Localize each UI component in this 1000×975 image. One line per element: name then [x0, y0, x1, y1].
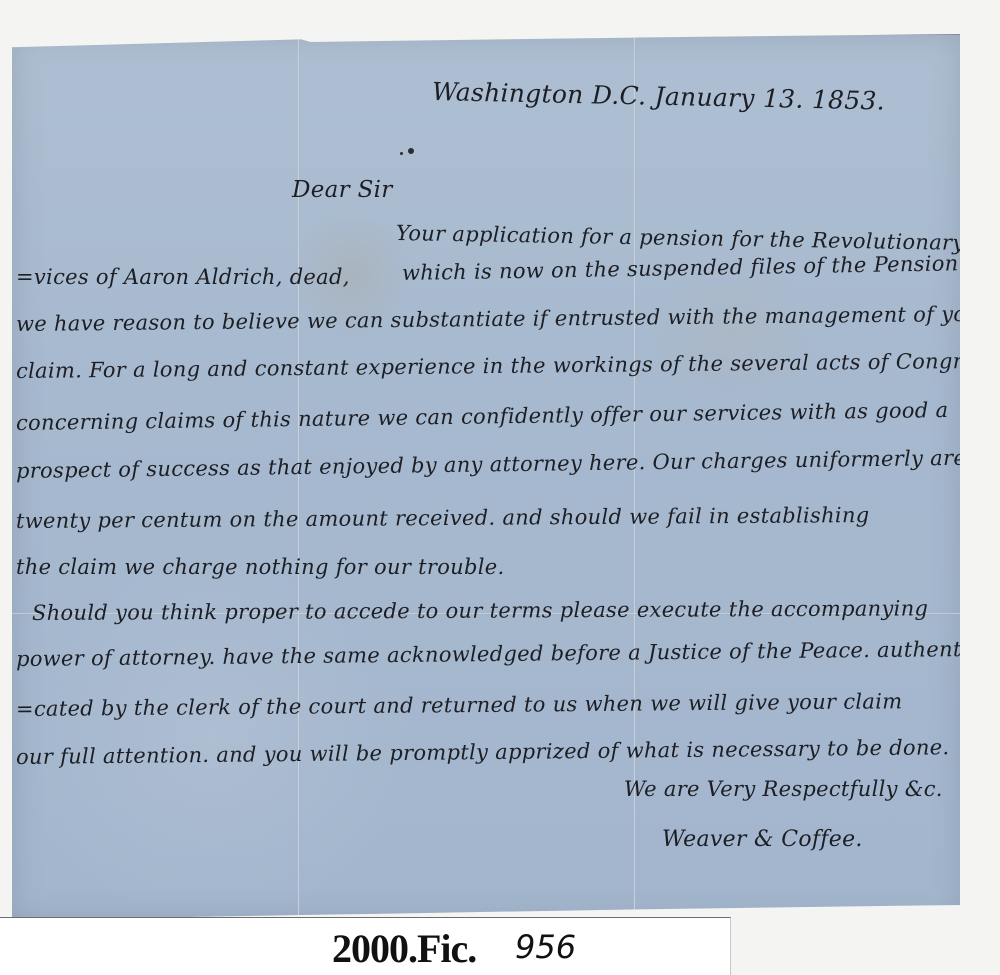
letter-line-2b: which is now on the suspended files of t… — [402, 250, 1000, 285]
letter-line-10: power of attorney. have the same acknowl… — [16, 637, 987, 671]
letter-line-4: claim. For a long and constant experienc… — [16, 349, 998, 383]
ink-blot — [408, 148, 414, 154]
dateline: Washington D.C. January 13. 1853. — [432, 77, 886, 115]
letter-line-5: concerning claims of this nature we can … — [16, 398, 949, 435]
salutation: Dear Sir — [292, 177, 393, 203]
letter-paper: Washington D.C. January 13. 1853. Dear S… — [12, 34, 960, 920]
letter-line-3: we have reason to believe we can substan… — [16, 302, 991, 336]
catalog-number-printed: 2000.Fic. — [332, 925, 476, 972]
letter-line-6: prospect of success as that enjoyed by a… — [16, 446, 966, 483]
letter-line-2a: =vices of Aaron Aldrich, dead, — [16, 265, 350, 289]
letter-line-1: Your application for a pension for the R… — [396, 221, 1000, 256]
catalog-number-handwritten: 956 — [515, 928, 576, 966]
closing: We are Very Respectfully &c. — [624, 777, 943, 801]
letter-line-8: the claim we charge nothing for our trou… — [16, 555, 504, 579]
letter-line-7: twenty per centum on the amount received… — [16, 503, 870, 533]
letter-line-9: Should you think proper to accede to our… — [32, 596, 928, 625]
signature: Weaver & Coffee. — [662, 827, 863, 852]
letter-line-12: our full attention. and you will be prom… — [16, 735, 950, 769]
ink-blot-small — [400, 152, 403, 155]
letter-line-11: =cated by the clerk of the court and ret… — [16, 689, 903, 721]
